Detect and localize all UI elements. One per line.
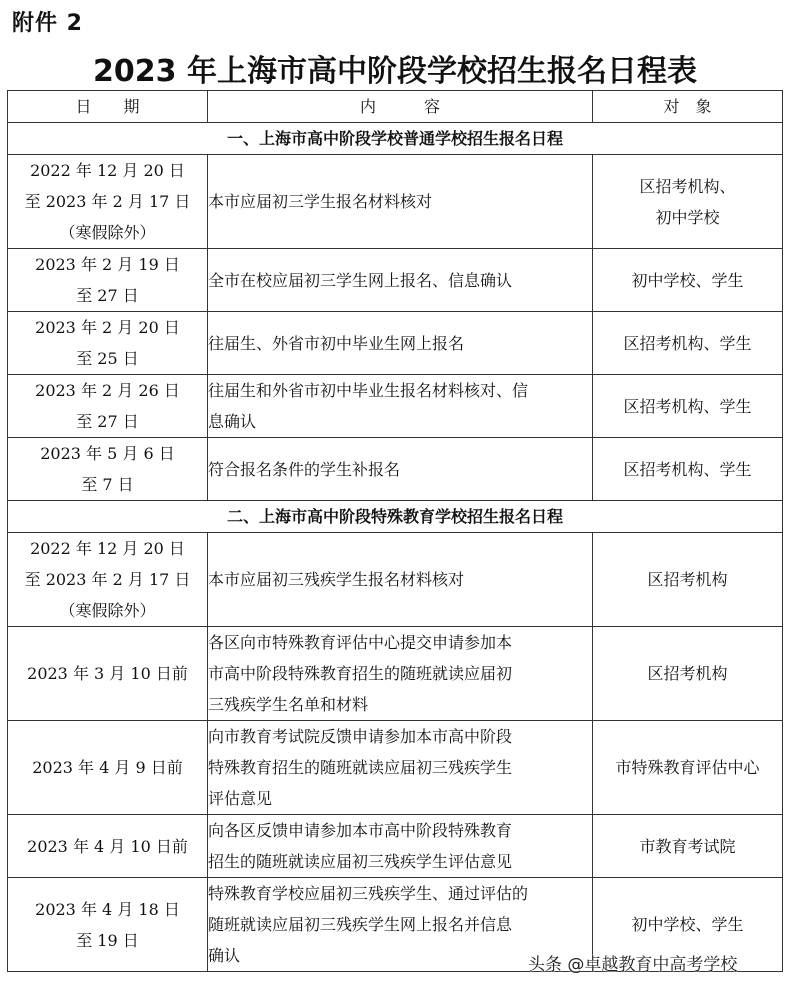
content-cell-line: 向各区反馈申请参加本市高中阶段特殊教育	[208, 815, 592, 846]
target-cell-line: 区招考机构、	[593, 171, 782, 202]
content-cell-line: 随班就读应届初三残疾学生网上报名并信息	[208, 909, 592, 940]
target-cell-line: 市教育考试院	[593, 831, 782, 862]
target-cell-line: 区招考机构、学生	[593, 328, 782, 359]
date-cell: 2023 年 2 月 20 日至 25 日	[8, 312, 208, 375]
date-cell-line: 2023 年 5 月 6 日	[8, 438, 207, 469]
section-heading: 二、上海市高中阶段特殊教育学校招生报名日程	[8, 501, 783, 533]
content-cell-line: 各区向市特殊教育评估中心提交申请参加本	[208, 627, 592, 658]
date-cell: 2023 年 5 月 6 日至 7 日	[8, 438, 208, 501]
content-cell-line: 全市在校应届初三学生网上报名、信息确认	[208, 265, 592, 296]
date-cell-line: （寒假除外）	[8, 595, 207, 626]
target-cell-line: 初中学校、学生	[593, 909, 782, 940]
content-cell: 向市教育考试院反馈申请参加本市高中阶段特殊教育招生的随班就读应届初三残疾学生评估…	[208, 721, 593, 815]
target-cell-line: 市特殊教育评估中心	[593, 752, 782, 783]
date-cell: 2023 年 3 月 10 日前	[8, 627, 208, 721]
content-cell-line: 招生的随班就读应届初三残疾学生评估意见	[208, 846, 592, 877]
target-cell-line: 区招考机构、学生	[593, 391, 782, 422]
content-cell-line: 息确认	[208, 406, 592, 437]
content-cell: 本市应届初三残疾学生报名材料核对	[208, 533, 593, 627]
header-content: 内 容	[208, 91, 593, 123]
section-heading-row: 一、上海市高中阶段学校普通学校招生报名日程	[8, 123, 783, 155]
date-cell-line: 至 19 日	[8, 925, 207, 956]
section-heading-row: 二、上海市高中阶段特殊教育学校招生报名日程	[8, 501, 783, 533]
table-row: 2023 年 3 月 10 日前各区向市特殊教育评估中心提交申请参加本市高中阶段…	[8, 627, 783, 721]
date-cell-line: 2023 年 2 月 26 日	[8, 375, 207, 406]
watermark: 头条 @卓越教育中高考学校	[528, 950, 737, 975]
date-cell-line: 2023 年 4 月 9 日前	[8, 752, 207, 783]
content-cell-line: 本市应届初三学生报名材料核对	[208, 186, 592, 217]
table-row: 2023 年 2 月 26 日至 27 日往届生和外省市初中毕业生报名材料核对、…	[8, 375, 783, 438]
content-cell-line: 评估意见	[208, 783, 592, 814]
table-row: 2022 年 12 月 20 日至 2023 年 2 月 17 日（寒假除外）本…	[8, 155, 783, 249]
date-cell: 2022 年 12 月 20 日至 2023 年 2 月 17 日（寒假除外）	[8, 533, 208, 627]
target-cell-line: 初中学校	[593, 202, 782, 233]
date-cell-line: 2022 年 12 月 20 日	[8, 533, 207, 564]
date-cell-line: （寒假除外）	[8, 217, 207, 248]
header-target: 对 象	[593, 91, 783, 123]
page-title: 2023 年上海市高中阶段学校招生报名日程表	[0, 46, 790, 90]
content-cell: 本市应届初三学生报名材料核对	[208, 155, 593, 249]
content-cell-line: 本市应届初三残疾学生报名材料核对	[208, 564, 592, 595]
target-cell: 初中学校、学生	[593, 249, 783, 312]
content-cell-line: 特殊教育招生的随班就读应届初三残疾学生	[208, 752, 592, 783]
date-cell: 2023 年 4 月 10 日前	[8, 815, 208, 878]
table-row: 2023 年 5 月 6 日至 7 日符合报名条件的学生补报名区招考机构、学生	[8, 438, 783, 501]
date-cell-line: 至 2023 年 2 月 17 日	[8, 564, 207, 595]
content-cell: 往届生和外省市初中毕业生报名材料核对、信息确认	[208, 375, 593, 438]
target-cell-line: 区招考机构	[593, 658, 782, 689]
content-cell-line: 市高中阶段特殊教育招生的随班就读应届初	[208, 658, 592, 689]
content-cell: 符合报名条件的学生补报名	[208, 438, 593, 501]
target-cell: 市教育考试院	[593, 815, 783, 878]
target-cell: 市特殊教育评估中心	[593, 721, 783, 815]
target-cell: 区招考机构、初中学校	[593, 155, 783, 249]
date-cell-line: 2023 年 4 月 10 日前	[8, 831, 207, 862]
target-cell: 区招考机构、学生	[593, 375, 783, 438]
date-cell-line: 至 7 日	[8, 469, 207, 500]
date-cell-line: 至 27 日	[8, 406, 207, 437]
table-row: 2023 年 2 月 19 日至 27 日全市在校应届初三学生网上报名、信息确认…	[8, 249, 783, 312]
date-cell-line: 2023 年 3 月 10 日前	[8, 658, 207, 689]
target-cell-line: 区招考机构、学生	[593, 454, 782, 485]
content-cell-line: 往届生、外省市初中毕业生网上报名	[208, 328, 592, 359]
date-cell-line: 2022 年 12 月 20 日	[8, 155, 207, 186]
date-cell: 2022 年 12 月 20 日至 2023 年 2 月 17 日（寒假除外）	[8, 155, 208, 249]
content-cell: 各区向市特殊教育评估中心提交申请参加本市高中阶段特殊教育招生的随班就读应届初三残…	[208, 627, 593, 721]
content-cell: 全市在校应届初三学生网上报名、信息确认	[208, 249, 593, 312]
date-cell: 2023 年 4 月 9 日前	[8, 721, 208, 815]
date-cell-line: 至 27 日	[8, 280, 207, 311]
content-cell-line: 符合报名条件的学生补报名	[208, 454, 592, 485]
date-cell-line: 2023 年 2 月 19 日	[8, 249, 207, 280]
table-row: 2022 年 12 月 20 日至 2023 年 2 月 17 日（寒假除外）本…	[8, 533, 783, 627]
schedule-table: 日 期 内 容 对 象 一、上海市高中阶段学校普通学校招生报名日程2022 年 …	[7, 90, 783, 972]
target-cell: 区招考机构、学生	[593, 438, 783, 501]
target-cell-line: 初中学校、学生	[593, 265, 782, 296]
date-cell: 2023 年 4 月 18 日至 19 日	[8, 878, 208, 972]
content-cell: 向各区反馈申请参加本市高中阶段特殊教育招生的随班就读应届初三残疾学生评估意见	[208, 815, 593, 878]
section-heading: 一、上海市高中阶段学校普通学校招生报名日程	[8, 123, 783, 155]
content-cell-line: 特殊教育学校应届初三残疾学生、通过评估的	[208, 878, 592, 909]
content-cell-line: 向市教育考试院反馈申请参加本市高中阶段	[208, 721, 592, 752]
date-cell-line: 2023 年 2 月 20 日	[8, 312, 207, 343]
table-header-row: 日 期 内 容 对 象	[8, 91, 783, 123]
table-row: 2023 年 4 月 10 日前向各区反馈申请参加本市高中阶段特殊教育招生的随班…	[8, 815, 783, 878]
target-cell: 区招考机构	[593, 627, 783, 721]
table-row: 2023 年 2 月 20 日至 25 日往届生、外省市初中毕业生网上报名区招考…	[8, 312, 783, 375]
date-cell-line: 2023 年 4 月 18 日	[8, 894, 207, 925]
content-cell-line: 往届生和外省市初中毕业生报名材料核对、信	[208, 375, 592, 406]
content-cell-line: 三残疾学生名单和材料	[208, 689, 592, 720]
date-cell-line: 至 2023 年 2 月 17 日	[8, 186, 207, 217]
target-cell-line: 区招考机构	[593, 564, 782, 595]
target-cell: 区招考机构、学生	[593, 312, 783, 375]
content-cell: 往届生、外省市初中毕业生网上报名	[208, 312, 593, 375]
header-date: 日 期	[8, 91, 208, 123]
date-cell: 2023 年 2 月 19 日至 27 日	[8, 249, 208, 312]
table-row: 2023 年 4 月 9 日前向市教育考试院反馈申请参加本市高中阶段特殊教育招生…	[8, 721, 783, 815]
date-cell: 2023 年 2 月 26 日至 27 日	[8, 375, 208, 438]
date-cell-line: 至 25 日	[8, 343, 207, 374]
attachment-label: 附件 2	[12, 6, 83, 37]
target-cell: 区招考机构	[593, 533, 783, 627]
